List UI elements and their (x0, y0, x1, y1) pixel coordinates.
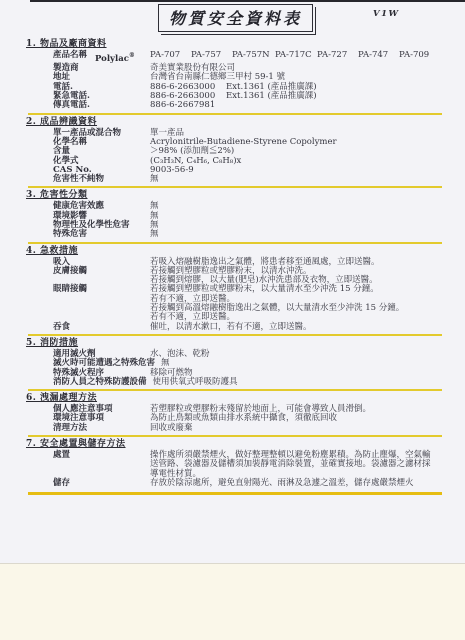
field-value: 無 (150, 230, 159, 239)
section-7: 7. 安全處置與儲存方法處置操作處所須嚴禁煙火，做好整理整頓以避免粉塵累積。為防… (0, 439, 465, 495)
field-label: 眼睛接觸 (53, 285, 150, 294)
field-value: PA-707 PA-757 PA-757N PA-717C PA-727 PA-… (150, 51, 429, 60)
value-line: 催吐，以清水漱口，若有不適，立即送醫。 (150, 323, 312, 332)
field-row: 特殊危害無 (0, 230, 465, 239)
value-line: 使用供氧式呼吸防護具 (153, 378, 238, 387)
section-heading: 5. 消防措施 (26, 338, 465, 349)
section-heading: 6. 洩漏處理方法 (26, 393, 465, 404)
value-line: PA-707 PA-757 PA-757N PA-717C PA-727 PA-… (150, 51, 429, 60)
field-row: 處置操作處所須嚴禁煙火，做好整理整頓以避免粉塵累積。為防止塵爆，空氣輸送管路、袋… (0, 451, 465, 479)
section-divider (28, 242, 442, 244)
section-heading: 4. 急救措施 (26, 246, 465, 257)
field-value: 886-6-2667981 (150, 101, 215, 110)
value-line: 無 (150, 175, 159, 184)
field-value: 回收或廢棄 (150, 424, 193, 433)
field-value: 若接觸到塑膠粒或塑膠粉末，以清水沖洗。若接觸到熔膠，以大量(肥皂)水沖洗患部及衣… (150, 267, 378, 286)
section-divider (28, 186, 442, 188)
field-row: 儲存存放於陰涼處所，避免直射陽光、雨淋及急遽之溫差，儲存處嚴禁煙火 (0, 479, 465, 488)
section-2: 2. 成品辨識資料單一產品或混合物單一產品化學名稱Acrylonitrile-B… (0, 117, 465, 189)
field-label: 吞食 (53, 323, 150, 332)
field-value: 水、泡沫、乾粉 (150, 350, 210, 359)
value-line: 無 (150, 230, 159, 239)
section-heading: 2. 成品辨識資料 (26, 117, 465, 128)
field-row: 皮膚接觸若接觸到塑膠粒或塑膠粉末，以清水沖洗。若接觸到熔膠，以大量(肥皂)水沖洗… (0, 267, 465, 286)
field-value: 若接觸到塑膠粒或塑膠粉末，以大量清水至少沖洗 15 分鐘。若有不適，立即送醫。若… (150, 285, 404, 322)
version-label: V1W (373, 9, 400, 19)
section-divider (28, 435, 442, 437)
field-value: 使用供氧式呼吸防護具 (153, 378, 238, 387)
backing-surface (0, 563, 465, 640)
field-label: 處置 (53, 451, 150, 460)
field-label: 清理方法 (53, 424, 150, 433)
section-divider (28, 334, 442, 336)
section-3: 3. 危害性分類健康危害效應無環境影響無物理性及化學性危害無特殊危害無 (0, 190, 465, 243)
value-line: 存放於陰涼處所，避免直射陽光、雨淋及急遽之溫差，儲存處嚴禁煙火 (150, 479, 414, 488)
field-value: 催吐，以清水漱口，若有不適，立即送醫。 (150, 323, 312, 332)
section-heading: 1. 物品及廠商資料 (26, 39, 465, 50)
section-heading: 7. 安全處置與儲存方法 (26, 439, 465, 450)
field-label: 皮膚接觸 (53, 267, 150, 276)
section-divider (28, 492, 442, 495)
section-6: 6. 洩漏處理方法個人應注意事項若塑膠粒或塑膠粉末殘留於地面上，可能會導致人員滑… (0, 393, 465, 437)
msds-document: 物質安全資料表 V1W 1. 物品及廠商資料產品名稱Polylac®PA-707… (0, 0, 465, 563)
value-line: 水、泡沫、乾粉 (150, 350, 210, 359)
title-box: 物質安全資料表 (158, 4, 313, 32)
sections: 1. 物品及廠商資料產品名稱Polylac®PA-707 PA-757 PA-7… (0, 38, 465, 497)
section-heading: 3. 危害性分類 (26, 190, 465, 201)
section-divider (28, 113, 442, 115)
field-row: 眼睛接觸若接觸到塑膠粒或塑膠粉末，以大量清水至少沖洗 15 分鐘。若有不適，立即… (0, 285, 465, 322)
field-label: 儲存 (53, 479, 150, 488)
field-value: 存放於陰涼處所，避免直射陽光、雨淋及急遽之溫差，儲存處嚴禁煙火 (150, 479, 414, 488)
field-label: 特殊危害 (53, 230, 150, 239)
value-line: 回收或廢棄 (150, 424, 193, 433)
field-row: 吞食催吐，以清水漱口，若有不適，立即送醫。 (0, 323, 465, 332)
field-row: 清理方法回收或廢棄 (0, 424, 465, 433)
field-value: 操作處所須嚴禁煙火，做好整理整頓以避免粉塵累積。為防止塵爆，空氣輸送管路、袋濾器… (150, 451, 431, 479)
field-value: 無 (150, 175, 159, 184)
field-label: 產品名稱 (53, 51, 95, 60)
field-label: 消防人員之特殊防護設備 (53, 378, 153, 387)
field-row: 消防人員之特殊防護設備使用供氧式呼吸防護具 (0, 378, 465, 387)
field-row: 傳真電話.886-6-2667981 (0, 101, 465, 110)
section-5: 5. 消防措施適用滅火劑水、泡沫、乾粉滅火時可能遭遇之特殊危害無特殊滅火程序移除… (0, 338, 465, 391)
value-line: 886-6-2667981 (150, 101, 215, 110)
section-4: 4. 急救措施吸入若吸入熔融樹脂逸出之氣體，將患者移至通風處，立即送醫。皮膚接觸… (0, 246, 465, 336)
page-title: 物質安全資料表 (169, 9, 302, 28)
registered-trademark-symbol: ® (129, 52, 135, 59)
section-divider (28, 389, 442, 391)
field-label: 傳真電話. (53, 101, 150, 110)
top-rule (30, 0, 465, 2)
section-1: 1. 物品及廠商資料產品名稱Polylac®PA-707 PA-757 PA-7… (0, 39, 465, 115)
field-label: 危害性不純物 (53, 175, 150, 184)
brand-name: Polylac® (95, 51, 150, 64)
scanned-page: 物質安全資料表 V1W 1. 物品及廠商資料產品名稱Polylac®PA-707… (0, 0, 465, 640)
field-row: 危害性不純物無 (0, 175, 465, 184)
